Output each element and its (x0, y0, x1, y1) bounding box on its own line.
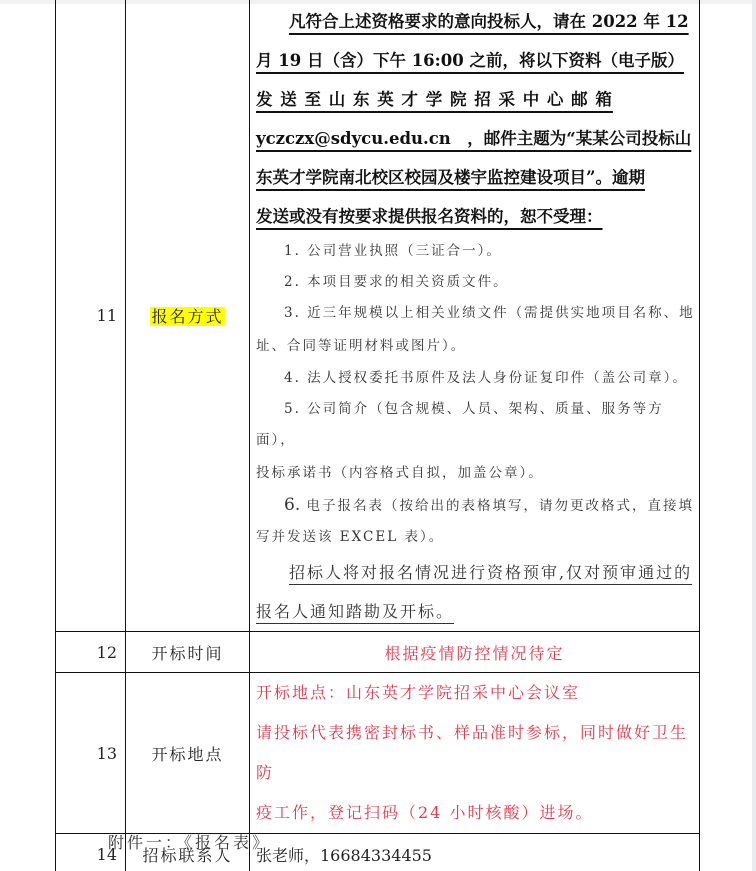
requirement-item-3: 3. 近三年规模以上相关业绩文件（需提供实地项目名称、地 (256, 298, 695, 329)
attachment-note: 附件一：《报名表》 (108, 830, 271, 853)
table-row-13: 13 开标地点 开标地点：山东英才学院招采中心会议室 请投标代表携密封标书、样品… (56, 673, 700, 834)
tender-info-table: 11 报名方式 凡符合上述资格要求的意向投标人，请在 2022 年 12 月 1… (55, 0, 700, 871)
highlighted-label: 报名方式 (150, 307, 224, 326)
requirement-item-3-cont: 址、合同等证明材料或图片）。 (256, 329, 695, 363)
contact-value: 张老师，16684334455 (250, 834, 700, 871)
requirement-item-6-cont: 写并发送该 EXCEL 表）。 (256, 521, 695, 553)
table-row-12: 12 开标时间 根据疫情防控情况待定 (56, 632, 700, 673)
requirement-item-4: 4. 法人授权委托书原件及法人身份证复印件（盖公司章）。 (256, 363, 695, 394)
requirement-item-2: 2. 本项目要求的相关资质文件。 (256, 267, 695, 298)
requirement-item-6: 6. 电子报名表（按给出的表格填写，请勿更改格式，直接填 (256, 490, 695, 521)
prequalification-note: 招标人将对报名情况进行资格预审,仅对预审通过的 报名人通知踏勘及开标。 (256, 553, 695, 631)
row-number: 13 (56, 673, 126, 834)
row-label-opening-time: 开标时间 (126, 632, 250, 673)
row-number: 11 (56, 0, 126, 632)
row-label-opening-location: 开标地点 (126, 673, 250, 834)
requirement-item-1: 1. 公司营业执照（三证合一）。 (256, 236, 695, 267)
requirement-item-5-cont: 投标承诺书（内容格式自拟，加盖公章）。 (256, 456, 695, 490)
opening-location-details: 开标地点：山东英才学院招采中心会议室 请投标代表携密封标书、样品准时参标，同时做… (250, 673, 700, 834)
row-number: 12 (56, 632, 126, 673)
email-link[interactable]: yczczx@sdycu.edu.cn ，邮件主题为“某某公司投标山 (256, 129, 691, 148)
row-label-registration-method: 报名方式 (126, 0, 250, 632)
registration-intro: 凡符合上述资格要求的意向投标人，请在 2022 年 12 月 19 日（含）下午… (256, 2, 695, 236)
table-row-11: 11 报名方式 凡符合上述资格要求的意向投标人，请在 2022 年 12 月 1… (56, 0, 700, 632)
registration-details: 凡符合上述资格要求的意向投标人，请在 2022 年 12 月 19 日（含）下午… (250, 0, 700, 632)
opening-time-value: 根据疫情防控情况待定 (250, 632, 700, 673)
requirement-item-5: 5. 公司简介（包含规模、人员、架构、质量、服务等方面）， (256, 394, 695, 456)
viewer-scrollbar-track[interactable] (752, 0, 756, 871)
